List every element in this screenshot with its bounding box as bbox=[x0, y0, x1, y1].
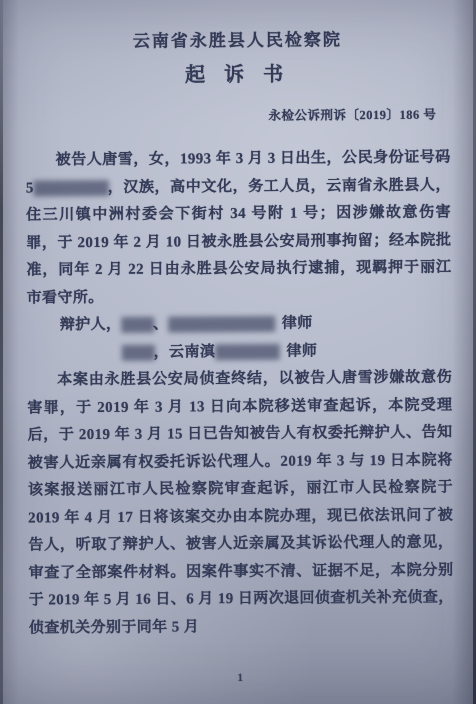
document-photo: 云南省永胜县人民检察院 起 诉 书 永检公诉刑诉〔2019〕186 号 被告人唐… bbox=[0, 0, 476, 704]
defender-line-1: 辩护人，▇▇▇、▇▇▇▇▇▇▇▇▇▇律师 bbox=[27, 310, 452, 340]
document-number: 永检公诉刑诉〔2019〕186 号 bbox=[25, 105, 450, 126]
defender1-separator: 、 bbox=[153, 316, 169, 332]
defender2-lawyer-suffix: 律师 bbox=[286, 343, 317, 359]
defender1-lawyer-suffix: 律师 bbox=[282, 315, 313, 331]
defendant-text-after-id: ，汉族，高中文化，务工人员，云南省永胜县人，住三川镇中洲村委会下街村 34 号附… bbox=[26, 177, 451, 306]
document-body: 被告人唐雪，女，1993 年 3 月 3 日出生，公民身份证号码 5▇▇▇▇▇▇… bbox=[26, 145, 454, 643]
defendant-paragraph: 被告人唐雪，女，1993 年 3 月 3 日出生，公民身份证号码 5▇▇▇▇▇▇… bbox=[26, 145, 452, 313]
procedure-paragraph: 本案由永胜县公安局侦查终结，以被告人唐雪涉嫌故意伤害罪，于 2019 年 3 月… bbox=[27, 365, 454, 643]
document-title: 起 诉 书 bbox=[25, 57, 450, 89]
defenders-block: 辩护人，▇▇▇、▇▇▇▇▇▇▇▇▇▇律师 ▇▇▇，云南滇▇▇▇▇▇▇律师 bbox=[27, 310, 452, 368]
defenders-label: 辩护人， bbox=[60, 317, 122, 333]
defender2-separator: ， bbox=[154, 344, 170, 360]
defender-line-2: ▇▇▇，云南滇▇▇▇▇▇▇律师 bbox=[27, 337, 452, 367]
redacted-defender1-name: ▇▇▇ bbox=[121, 317, 153, 333]
procuratorate-name: 云南省永胜县人民检察院 bbox=[25, 25, 450, 53]
document-page: 云南省永胜县人民检察院 起 诉 书 永检公诉刑诉〔2019〕186 号 被告人唐… bbox=[0, 0, 476, 704]
redacted-defender1-firm: ▇▇▇▇▇▇▇▇▇▇ bbox=[168, 316, 273, 333]
redacted-defender2-firm: ▇▇▇▇▇▇ bbox=[215, 343, 278, 359]
page-number: 1 bbox=[2, 670, 476, 685]
redacted-id-number: ▇▇▇▇▇▇▇ bbox=[34, 179, 108, 196]
redacted-defender2-name: ▇▇▇ bbox=[122, 344, 154, 360]
defender2-firm-visible: 云南滇 bbox=[169, 344, 215, 360]
